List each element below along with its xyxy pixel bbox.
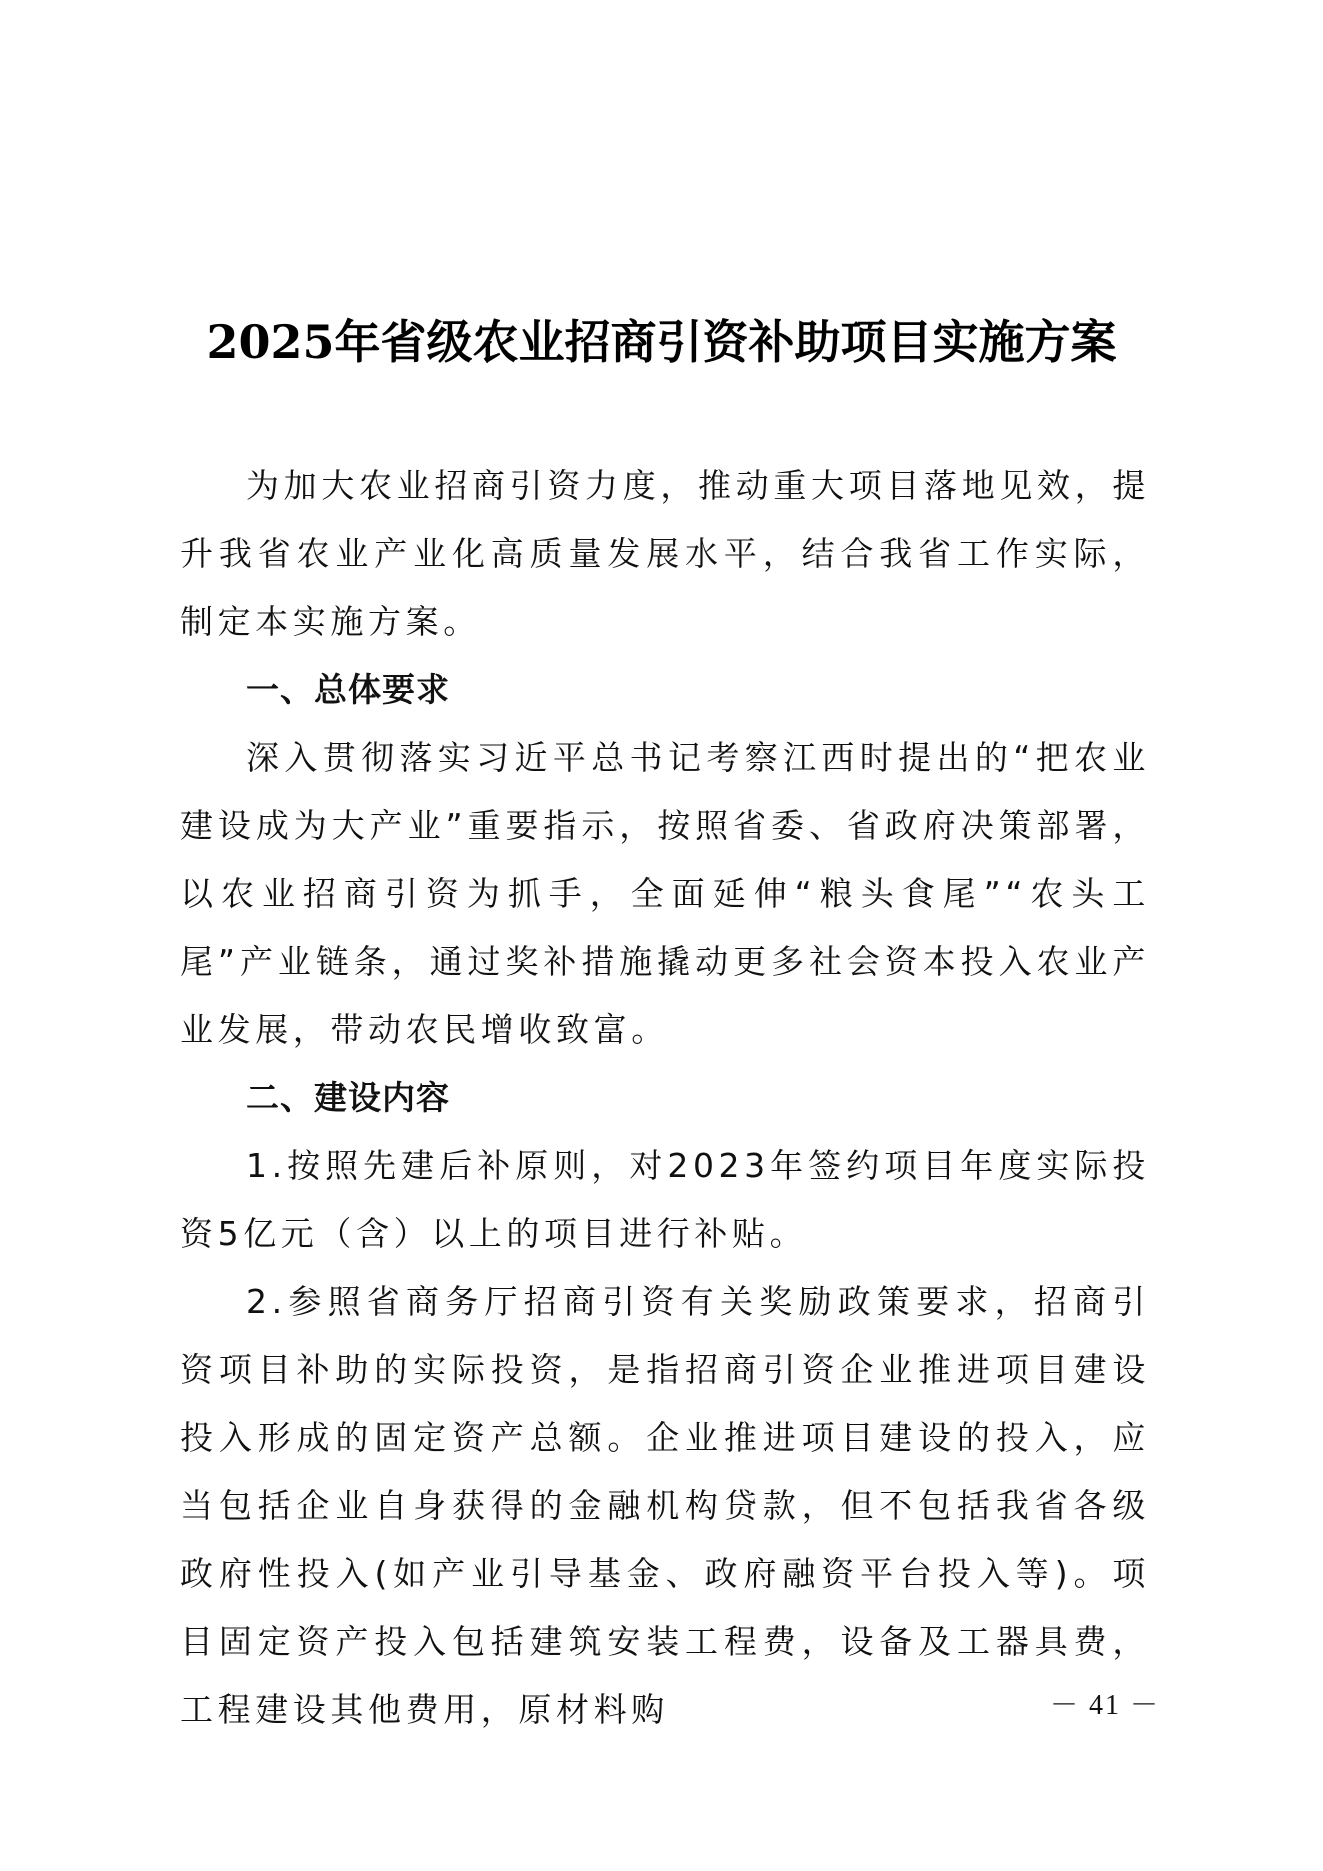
section-heading-construction-content: 二、建设内容 [180, 1064, 1150, 1132]
section-2-paragraph-1: 1.按照先建后补原则，对2023年签约项目年度实际投资5亿元（含）以上的项目进行… [180, 1132, 1150, 1268]
document-title: 2025年省级农业招商引资补助项目实施方案 [0, 312, 1323, 372]
page-number: － 41 － [1030, 1683, 1180, 1723]
document-body: 为加大农业招商引资力度，推动重大项目落地见效，提升我省农业产业化高质量发展水平，… [180, 452, 1150, 1744]
section-heading-general-requirements: 一、总体要求 [180, 656, 1150, 724]
section-1-paragraph-1: 深入贯彻落实习近平总书记考察江西时提出的“把农业建设成为大产业”重要指示，按照省… [180, 724, 1150, 1064]
intro-paragraph: 为加大农业招商引资力度，推动重大项目落地见效，提升我省农业产业化高质量发展水平，… [180, 452, 1150, 656]
document-page: 2025年省级农业招商引资补助项目实施方案 为加大农业招商引资力度，推动重大项目… [0, 0, 1323, 1871]
section-2-paragraph-2: 2.参照省商务厅招商引资有关奖励政策要求，招商引资项目补助的实际投资，是指招商引… [180, 1268, 1150, 1744]
